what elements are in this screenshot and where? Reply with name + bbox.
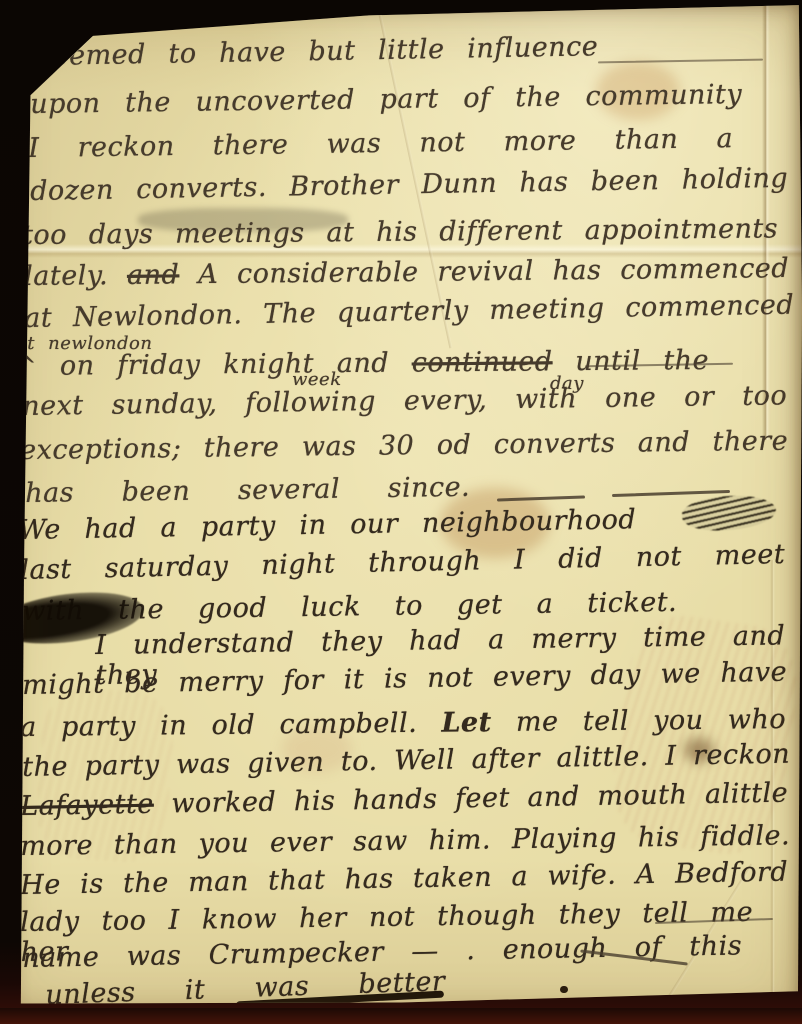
letter-text: A considerable revival has commenced — [179, 253, 789, 290]
letter-text: the party was given to. Well after alitt… — [22, 739, 790, 783]
letter-text: at Newlondon. The quarterly meeting comm… — [24, 290, 794, 334]
letter-line: He is the man that has taken a wife. A B… — [20, 858, 788, 902]
letter-text: last saturday night through I did not me… — [20, 539, 785, 586]
letter-text: seemed to have but little influence — [38, 31, 598, 72]
ink-dot — [560, 986, 568, 993]
letter-line: Lafayette worked his hands feet and mout… — [20, 779, 788, 823]
ink-scribble-strikeout — [681, 492, 778, 534]
letter-text: with the good luck to get a ticket. — [22, 587, 677, 627]
letter-text: Let — [441, 707, 491, 739]
letter-text: a party in old campbell. — [20, 708, 442, 743]
letter-line: a party in old campbell. Let me tell you… — [20, 705, 786, 743]
letter-line: more than you ever saw him. Playing his … — [20, 821, 790, 862]
letter-line: with the good luck to get a ticket. — [22, 588, 677, 627]
letter-line: We had a party in our neighbourhood — [18, 505, 636, 546]
letter-line: too days meetings at his different appoi… — [22, 214, 778, 251]
letter-text: too days meetings at his different appoi… — [22, 213, 778, 251]
letter-text: more than you ever saw him. Playing his … — [20, 820, 790, 862]
letter-text: lately. — [24, 260, 127, 292]
letter-line: has been several since. — [25, 473, 470, 509]
letter-line: lately. and A considerable revival has c… — [24, 254, 789, 292]
photo-background: seemed to have but little influenceupon … — [0, 0, 802, 1024]
letter-text: exceptions; there was 30 od converts and… — [20, 426, 788, 466]
letter-text: next sunday, following every, with one o… — [22, 380, 787, 422]
letter-text: me tell you who — [491, 704, 786, 738]
letter-text: Lafayette — [20, 789, 154, 822]
letter-text: dozen converts. Brother Dunn has been ho… — [30, 163, 788, 207]
pen-dash — [612, 490, 730, 497]
letter-text: upon the uncoverted part of the communit… — [30, 79, 742, 120]
letter-line: the party was given to. Well after alitt… — [22, 740, 790, 784]
letter-line: exceptions; there was 30 od converts and… — [20, 427, 788, 467]
letter-text: continued — [412, 346, 553, 378]
letter-line: ^ on friday knight and continued until t… — [14, 346, 709, 382]
letter-line: unless it was better — [45, 967, 446, 1011]
mat-edge — [0, 1008, 802, 1024]
letter-line: at Newlondon. The quarterly meeting comm… — [24, 291, 794, 335]
letter-text: worked his hands feet and mouth alittle — [153, 778, 788, 820]
letter-page: seemed to have but little influenceupon … — [0, 0, 802, 1024]
letter-line: upon the uncoverted part of the communit… — [30, 80, 742, 120]
letter-text: He is the man that has taken a wife. A B… — [20, 857, 788, 901]
letter-line: dozen converts. Brother Dunn has been ho… — [30, 164, 788, 207]
letter-text: and — [127, 259, 180, 291]
letter-text: I reckon there was not more than a — [28, 123, 733, 164]
letter-text: ^ on friday knight and — [14, 348, 412, 382]
pen-dash — [497, 495, 585, 501]
letter-text: We had a party in our neighbourhood — [18, 504, 636, 546]
letter-text: has been several since. — [25, 472, 470, 509]
letter-line: next sunday, following every, with one o… — [22, 381, 787, 422]
letter-line: seemed to have but little influence — [38, 32, 598, 72]
letter-line: last saturday night through I did not me… — [20, 540, 785, 586]
letter-line: I reckon there was not more than a — [28, 124, 733, 164]
pen-stroke — [598, 59, 763, 64]
